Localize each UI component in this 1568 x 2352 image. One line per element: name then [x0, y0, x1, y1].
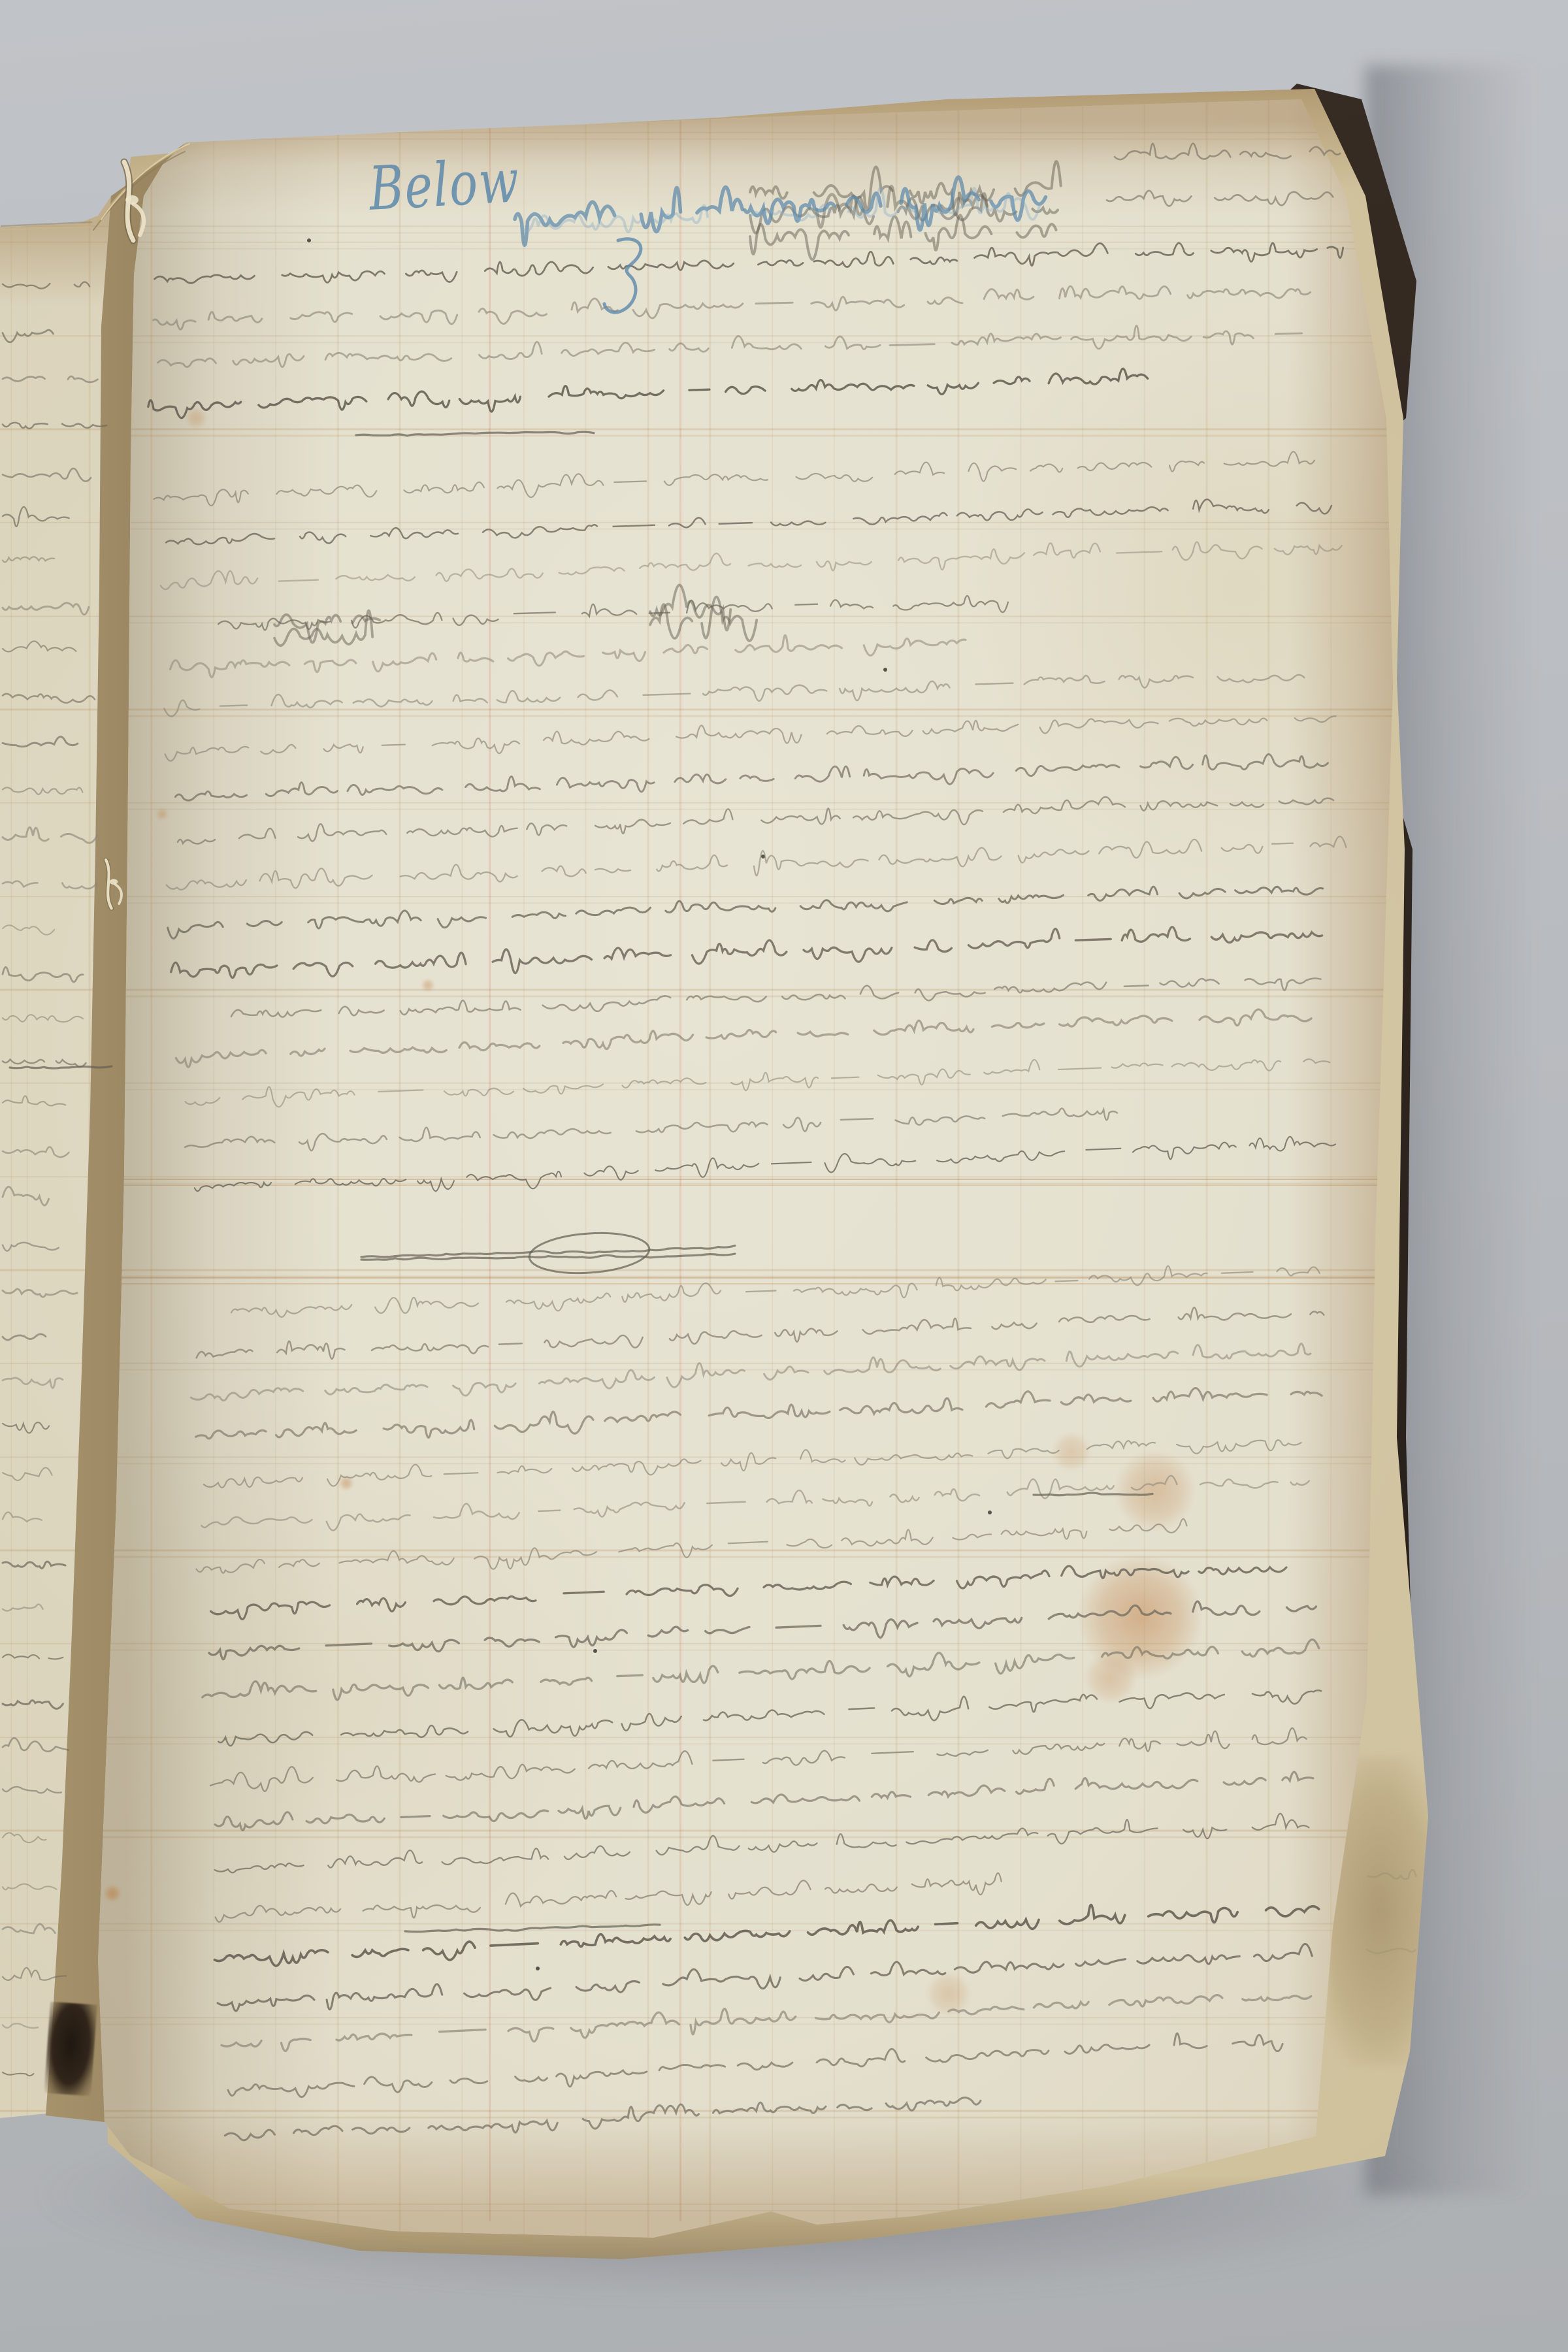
foxing-stain — [926, 1972, 971, 2016]
foxing-stain — [339, 1476, 353, 1490]
foxing-stain — [104, 1885, 121, 1902]
binding-hole — [44, 2002, 97, 2097]
blue-annotation-word: Below — [367, 146, 521, 224]
ink-fleck — [307, 238, 311, 242]
foxing-stain — [421, 979, 434, 992]
ink-fleck — [883, 668, 887, 672]
foxing-stain — [156, 808, 168, 820]
ink-fleck — [593, 1649, 597, 1653]
ink-fleck — [761, 855, 765, 858]
ink-fleck — [536, 1967, 540, 1970]
ink-fleck — [988, 1511, 992, 1514]
photo-canvas: Below — [0, 0, 1568, 2352]
foxing-stain — [186, 408, 206, 429]
foxing-stain — [1052, 1432, 1091, 1471]
foxing-stain — [1085, 1652, 1137, 1704]
foxing-stain — [1115, 1450, 1196, 1531]
